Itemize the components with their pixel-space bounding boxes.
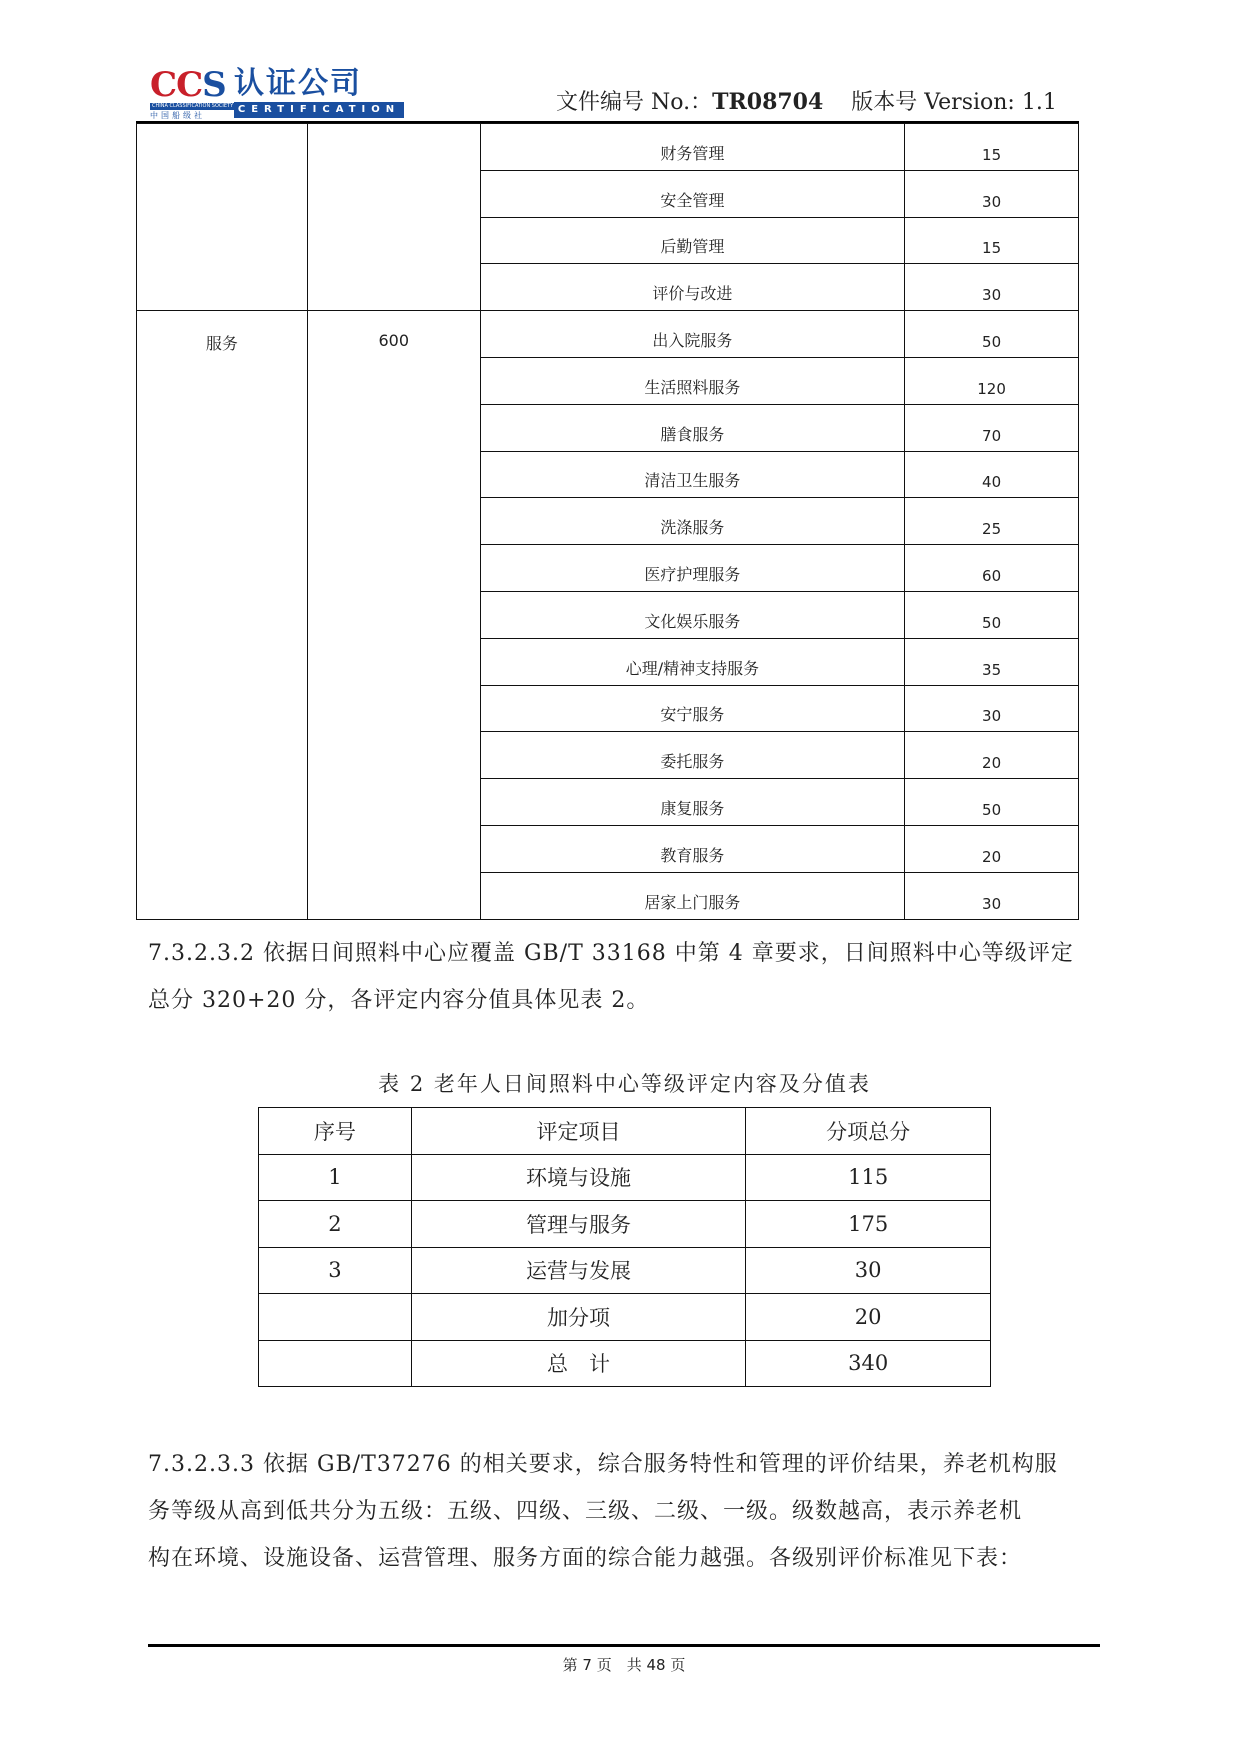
item-cell: 委托服务 [480,732,905,779]
score-cell: 30 [905,264,1079,311]
doc-no-label: 文件编号 No.： [556,90,712,115]
item-cell: 居家上门服务 [480,872,905,919]
score-cell: 30 [905,872,1079,919]
category-cell-empty [137,124,308,311]
table-row: 2 管理与服务 175 [259,1201,991,1248]
seq-cell [259,1340,412,1387]
item-cell: 加分项 [411,1294,746,1341]
score-cell: 20 [746,1294,991,1341]
table-row: 3 运营与发展 30 [259,1247,991,1294]
score-cell: 50 [905,591,1079,638]
item-cell: 清洁卫生服务 [480,451,905,498]
score-cell: 15 [905,124,1079,171]
header-seq: 序号 [259,1108,412,1155]
item-cell: 总 计 [411,1340,746,1387]
item-cell: 管理与服务 [411,1201,746,1248]
score-cell: 115 [746,1154,991,1201]
item-cell: 生活照料服务 [480,357,905,404]
paragraph-7-3-2-3-3: 7.3.2.3.3 依据 GB/T37276 的相关要求，综合服务特性和管理的评… [148,1441,1108,1582]
table-row-total: 总 计 340 [259,1340,991,1387]
document-number: 文件编号 No.：TR08704 版本号 Version: 1.1 [556,88,1057,117]
doc-no-value: TR08704 [712,89,823,115]
logo-ccs-text: CCS [150,68,226,102]
logo-company-cn: 认证公司 [234,68,362,100]
score-cell: 30 [905,685,1079,732]
score-cell: 30 [905,170,1079,217]
paragraph-line: 7.3.2.3.3 依据 GB/T37276 的相关要求，综合服务特性和管理的评… [148,1441,1108,1488]
logo-certification-bar: CERTIFICATION [234,102,404,118]
seq-cell: 1 [259,1154,412,1201]
category-cell: 服务 [137,311,308,919]
item-cell: 膳食服务 [480,404,905,451]
score-cell: 20 [905,825,1079,872]
score-cell: 15 [905,217,1079,264]
seq-cell: 3 [259,1247,412,1294]
table2-caption: 表 2 老年人日间照料中心等级评定内容及分值表 [258,1070,991,1098]
header-score: 分项总分 [746,1108,991,1155]
table-header-row: 序号 评定项目 分项总分 [259,1108,991,1155]
version-label: 版本号 Version: [851,90,1015,115]
item-cell: 教育服务 [480,825,905,872]
item-cell: 文化娱乐服务 [480,591,905,638]
paragraph-line: 务等级从高到低共分为五级：五级、四级、三级、二级、一级。级数越高，表示养老机 [148,1488,1108,1535]
table-row: 财务管理 15 [137,124,1079,171]
score-cell: 20 [905,732,1079,779]
score-cell: 340 [746,1340,991,1387]
item-cell: 评价与改进 [480,264,905,311]
scoring-table-continued: 财务管理 15 安全管理 30 后勤管理 15 评价与改进 30 服务 600 … [136,123,1079,920]
paragraph-line: 7.3.2.3.2 依据日间照料中心应覆盖 GB/T 33168 中第 4 章要… [148,930,1108,977]
ccs-logo: CCS 认证公司 CHINA CLASSIFICATION SOCIETY 中国… [150,68,405,118]
footer-divider [148,1644,1100,1647]
day-care-scoring-table: 序号 评定项目 分项总分 1 环境与设施 115 2 管理与服务 175 3 运… [258,1107,991,1387]
table-row: 加分项 20 [259,1294,991,1341]
item-cell: 医疗护理服务 [480,545,905,592]
paragraph-7-3-2-3-2: 7.3.2.3.2 依据日间照料中心应覆盖 GB/T 33168 中第 4 章要… [148,930,1108,1024]
score-cell: 25 [905,498,1079,545]
seq-cell [259,1294,412,1341]
seq-cell: 2 [259,1201,412,1248]
score-cell: 60 [905,545,1079,592]
item-cell: 安全管理 [480,170,905,217]
item-cell: 心理/精神支持服务 [480,638,905,685]
paragraph-line: 总分 320+20 分，各评定内容分值具体见表 2。 [148,977,1108,1024]
table-row: 服务 600 出入院服务 50 [137,311,1079,358]
item-cell: 洗涤服务 [480,498,905,545]
score-cell: 50 [905,311,1079,358]
score-cell: 120 [905,357,1079,404]
item-cell: 运营与发展 [411,1247,746,1294]
score-cell: 30 [746,1247,991,1294]
score-cell: 70 [905,404,1079,451]
item-cell: 出入院服务 [480,311,905,358]
total-cell-empty [307,124,480,311]
score-cell: 35 [905,638,1079,685]
score-cell: 40 [905,451,1079,498]
score-cell: 175 [746,1201,991,1248]
item-cell: 康复服务 [480,779,905,826]
page-number: 第 7 页 共 48 页 [148,1654,1100,1675]
item-cell: 环境与设施 [411,1154,746,1201]
logo-society-en: CHINA CLASSIFICATION SOCIETY [150,103,235,110]
score-cell: 50 [905,779,1079,826]
item-cell: 后勤管理 [480,217,905,264]
paragraph-line: 构在环境、设施设备、运营管理、服务方面的综合能力越强。各级别评价标准见下表： [148,1535,1108,1582]
item-cell: 安宁服务 [480,685,905,732]
logo-society-cn: 中国船级社 [150,111,205,120]
version-value: 1.1 [1022,90,1057,115]
category-total-cell: 600 [307,311,480,919]
header-item: 评定项目 [411,1108,746,1155]
item-cell: 财务管理 [480,124,905,171]
table-row: 1 环境与设施 115 [259,1154,991,1201]
